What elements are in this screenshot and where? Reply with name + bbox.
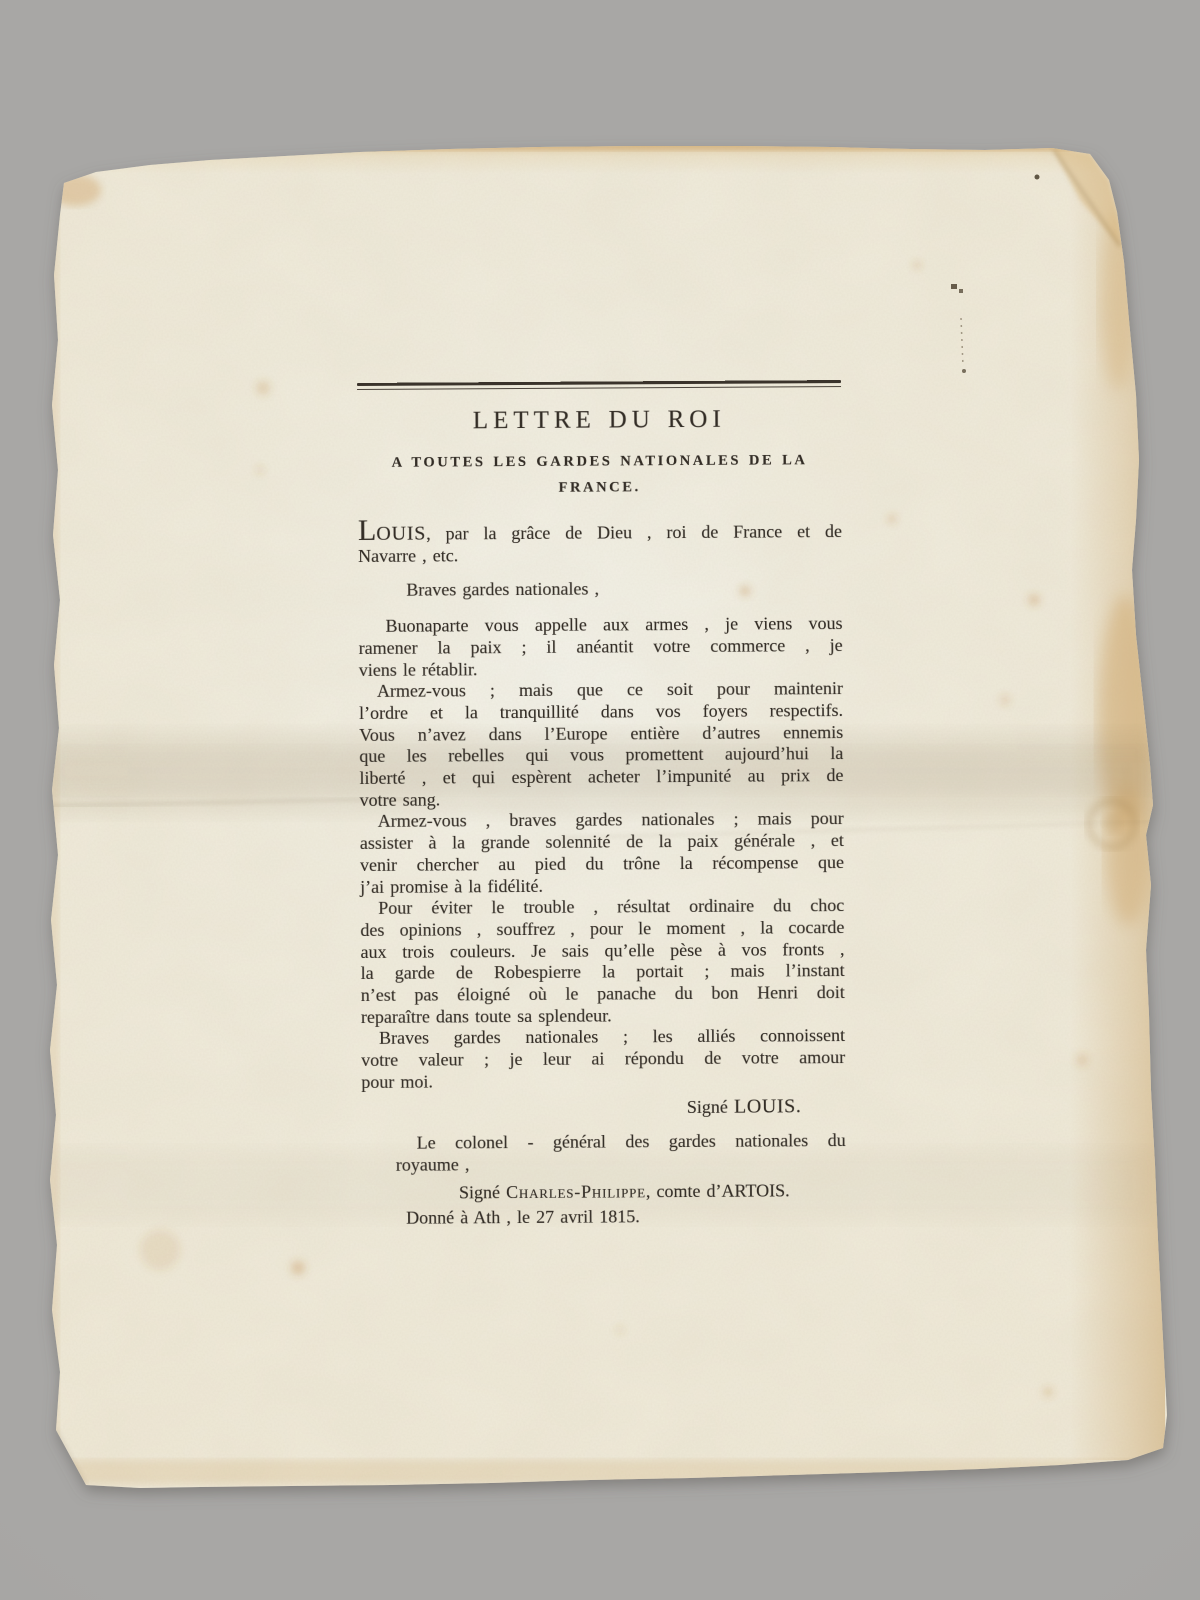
text-line: Armez-vous ; mais que ce soit pour maint… bbox=[359, 678, 843, 703]
paragraph: Armez-vous , braves gardes nationales ; … bbox=[360, 808, 845, 898]
photo-backdrop: { "document": { "title": "LETTRE DU ROI"… bbox=[0, 0, 1200, 1600]
countersign-name: Charles-Philippe bbox=[506, 1181, 646, 1202]
text-line: venir chercher au pied du trône la récom… bbox=[360, 852, 844, 877]
text-line: Pour éviter le trouble , résultat ordina… bbox=[360, 895, 844, 920]
paragraph: Pour éviter le trouble , résultat ordina… bbox=[360, 895, 845, 1028]
text-line: Vous n’avez dans l’Europe entière d’autr… bbox=[359, 722, 843, 747]
text-line: j’ai promise à la fidélité. bbox=[360, 874, 844, 899]
text-line: Armez-vous , braves gardes nationales ; … bbox=[360, 808, 844, 833]
text-line: aux trois couleurs. Je sais qu’elle pèse… bbox=[360, 939, 844, 964]
text-line: des opinions , souffrez , pour le moment… bbox=[360, 917, 844, 942]
paragraph: Buonaparte vous appelle aux armes , je v… bbox=[358, 613, 842, 681]
text-line: assister à la grande solennité de la pai… bbox=[360, 830, 844, 855]
countersign-prefix: Signé bbox=[459, 1182, 506, 1202]
text-line: viens le rétablir. bbox=[359, 657, 843, 682]
paragraph: Armez-vous ; mais que ce soit pour maint… bbox=[359, 678, 844, 811]
text-line: Braves gardes nationales ; les alliés co… bbox=[361, 1026, 845, 1051]
text-line: liberté , et qui espèrent acheter l’impu… bbox=[359, 765, 843, 790]
signature-line: Signé LOUIS. bbox=[361, 1096, 845, 1121]
salutation-line: Navarre , etc. bbox=[358, 543, 842, 568]
letter-content: LETTRE DU ROI A TOUTES LES GARDES NATION… bbox=[357, 380, 846, 1229]
page-title: LETTRE DU ROI bbox=[357, 405, 841, 436]
text-line: votre sang. bbox=[359, 787, 843, 812]
text-line: pour moi. bbox=[361, 1069, 845, 1094]
countersign-line: Signé Charles-Philippe, comte d’ARTOIS. bbox=[362, 1179, 846, 1204]
address-line: Braves gardes nationales , bbox=[358, 577, 842, 602]
closing-block: Le colonel - général des gardes national… bbox=[396, 1130, 846, 1176]
subtitle-line: A TOUTES LES GARDES NATIONALES DE LA bbox=[357, 447, 841, 476]
text-line: n’est pas éloigné où le panache du bon H… bbox=[361, 982, 845, 1007]
subtitle-line: FRANCE. bbox=[358, 473, 842, 502]
signature-prefix: Signé bbox=[687, 1096, 728, 1116]
document-photo: LETTRE DU ROI A TOUTES LES GARDES NATION… bbox=[0, 0, 1200, 1600]
letter-subtitle: A TOUTES LES GARDES NATIONALES DE LA FRA… bbox=[357, 447, 841, 502]
drop-cap: L bbox=[358, 514, 377, 547]
closing-line: royaume , bbox=[396, 1152, 846, 1176]
rule-thin-line bbox=[357, 386, 841, 390]
text-line: votre valeur ; je leur ai répondu de vot… bbox=[361, 1047, 845, 1072]
text-line: la garde de Robespierre la portait ; mai… bbox=[361, 960, 845, 985]
text-line: ramener la paix ; il anéantit votre comm… bbox=[359, 635, 843, 660]
salutation-caps: OUIS bbox=[376, 523, 426, 545]
dateline: Donné à Ath , le 27 avril 1815. bbox=[362, 1204, 846, 1229]
text-line: que les rebelles qui vous promettent auj… bbox=[359, 743, 843, 768]
salutation: LOUIS, par la grâce de Dieu , roi de Fra… bbox=[358, 521, 842, 567]
text-line: reparaître dans toute sa splendeur. bbox=[361, 1004, 845, 1029]
salutation-line: LOUIS, par la grâce de Dieu , roi de Fra… bbox=[358, 521, 842, 546]
closing-line: Le colonel - général des gardes national… bbox=[396, 1130, 846, 1154]
countersign-rest: , comte d’ARTOIS. bbox=[646, 1180, 790, 1201]
signature-name: LOUIS. bbox=[734, 1095, 802, 1117]
text-line: l’ordre et la tranquillité dans vos foye… bbox=[359, 700, 843, 725]
letter-paragraphs: Buonaparte vous appelle aux armes , je v… bbox=[358, 613, 845, 1093]
text-line: Buonaparte vous appelle aux armes , je v… bbox=[358, 613, 842, 638]
paragraph: Braves gardes nationales ; les alliés co… bbox=[361, 1026, 845, 1094]
salutation-rest: , par la grâce de Dieu , roi de France e… bbox=[426, 521, 842, 544]
